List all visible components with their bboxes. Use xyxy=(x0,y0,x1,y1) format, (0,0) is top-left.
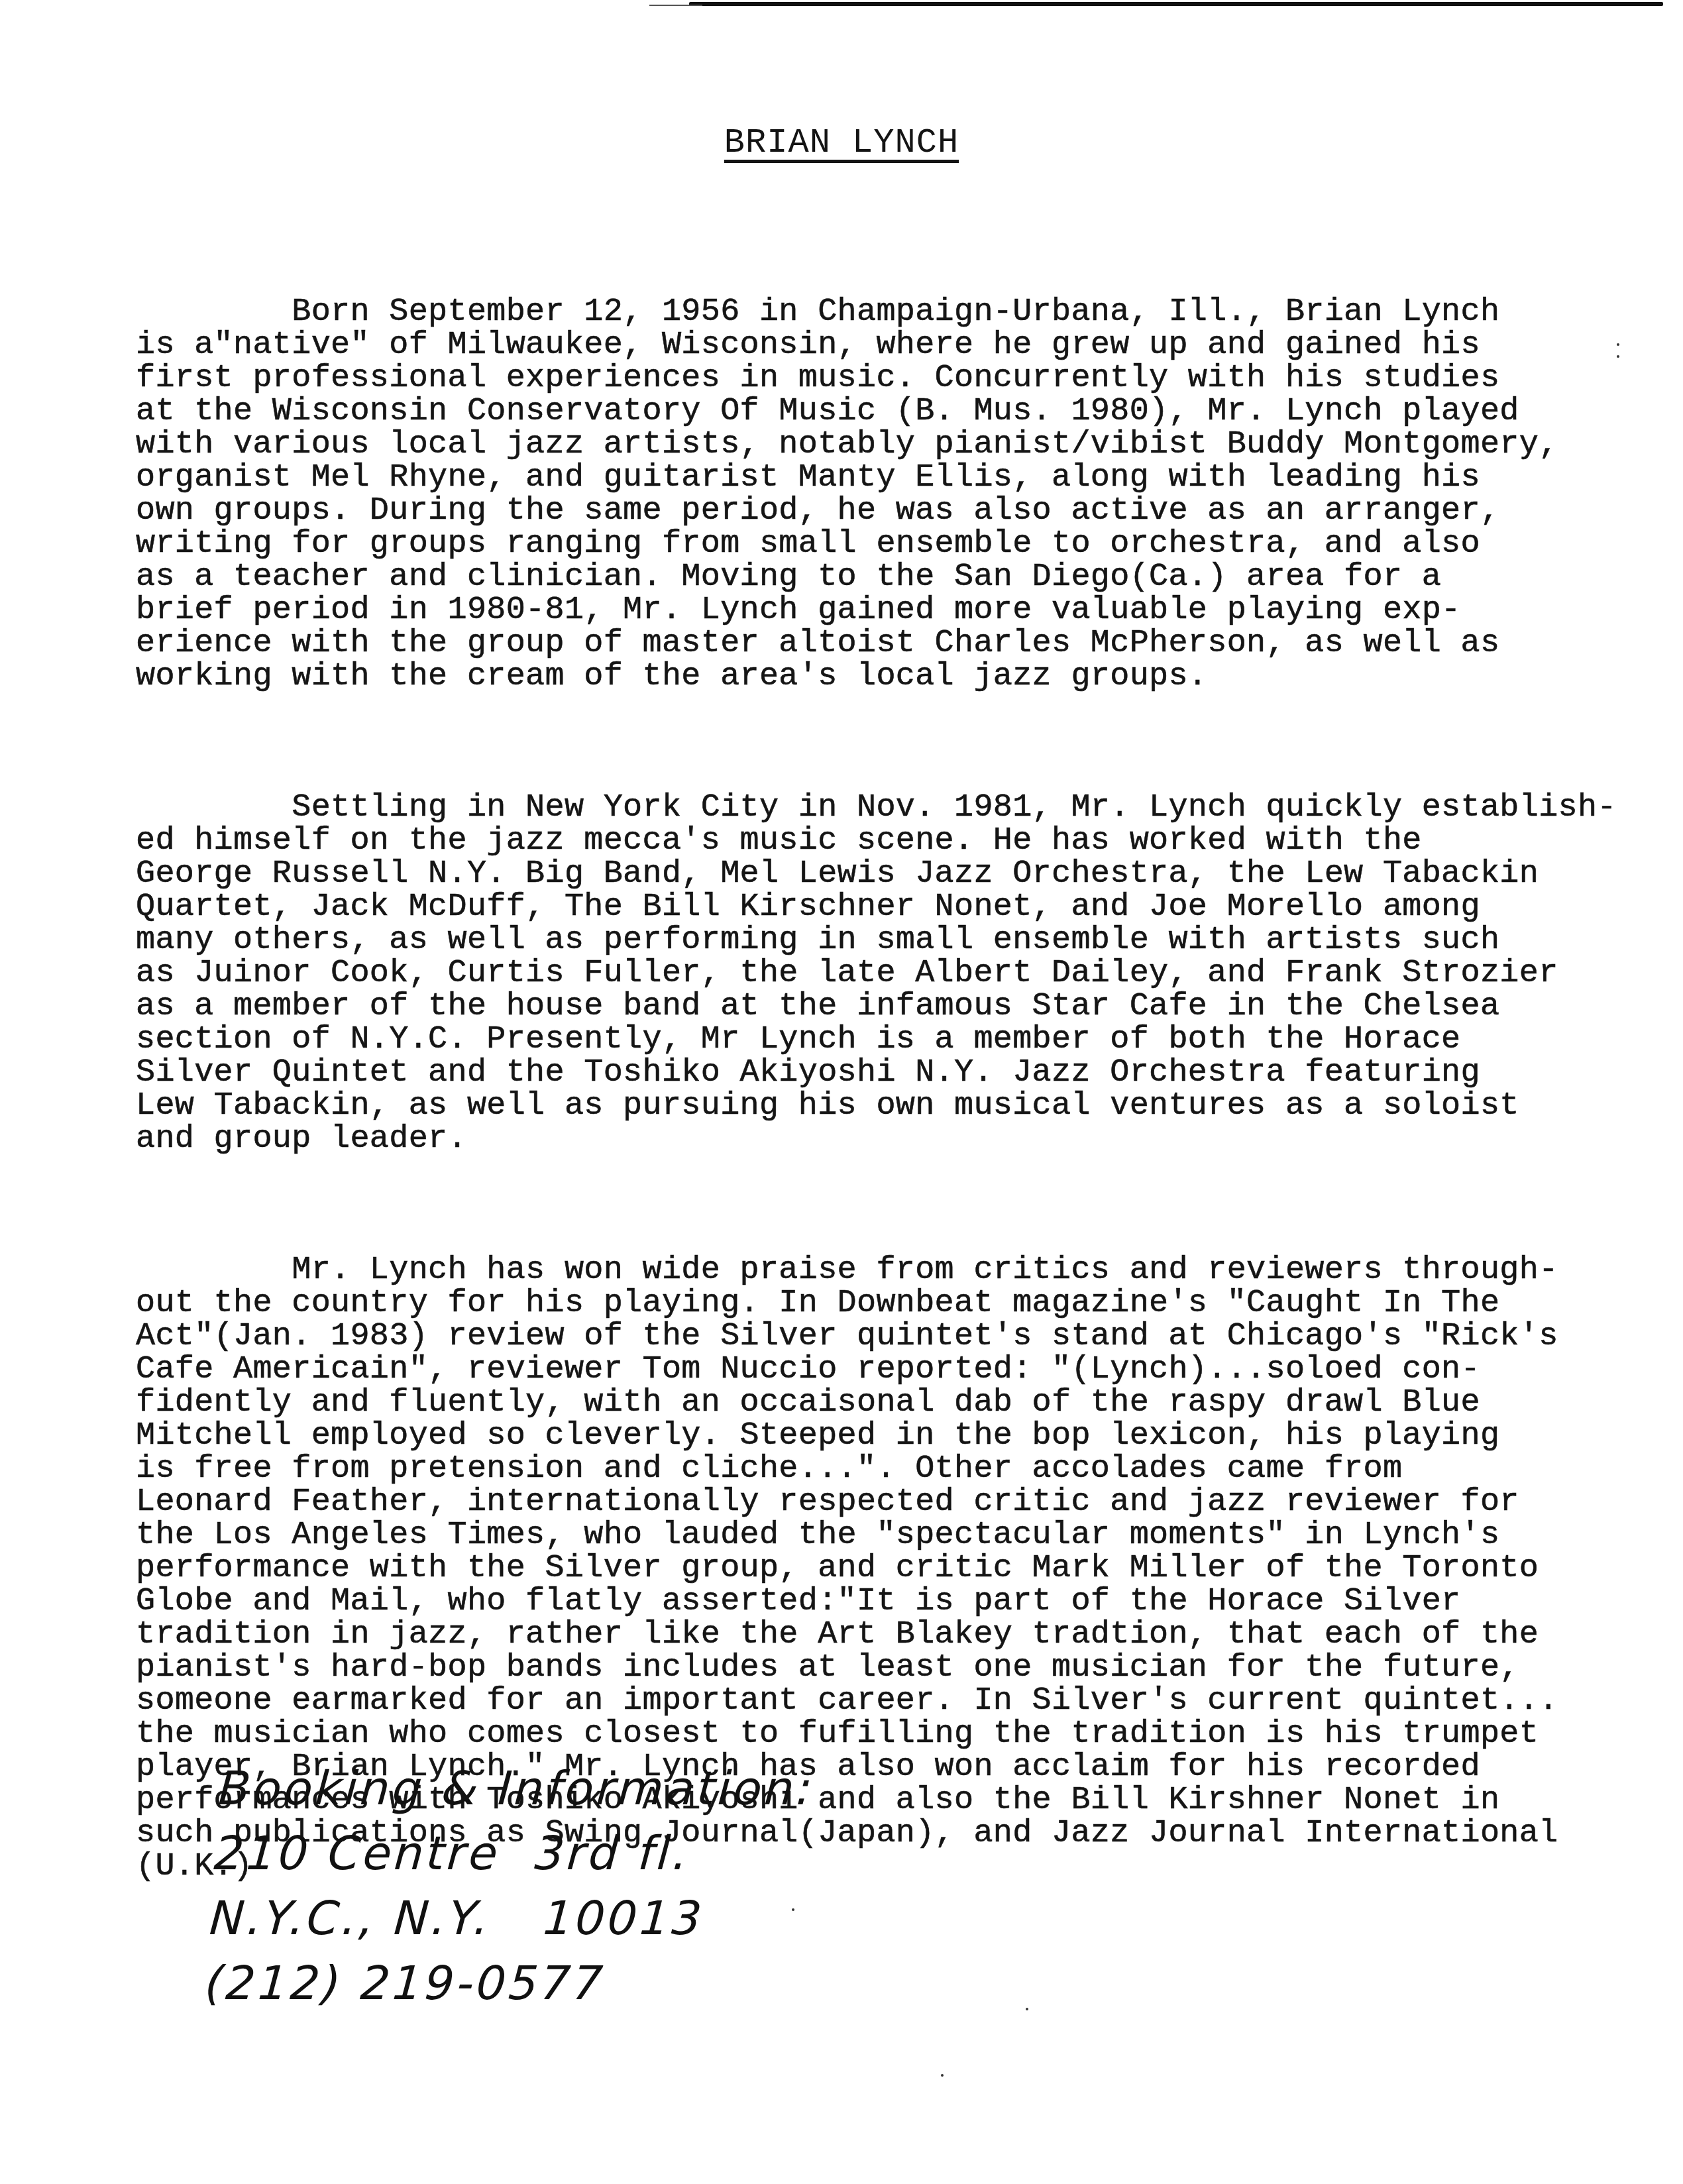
text-line: Quartet, Jack McDuff, The Bill Kirschner… xyxy=(136,891,1660,924)
text-line: erience with the group of master altoist… xyxy=(136,627,1660,660)
text-line: performance with the Silver group, and c… xyxy=(136,1552,1660,1585)
text-line: George Russell N.Y. Big Band, Mel Lewis … xyxy=(136,857,1660,891)
text-line: Mitchell employed so cleverly. Steeped i… xyxy=(136,1419,1660,1452)
text-line: is a"native" of Milwaukee, Wisconsin, wh… xyxy=(136,329,1660,362)
document-page: BRIAN LYNCH Born September 12, 1956 in C… xyxy=(0,0,1683,2184)
text-line: tradition in jazz, rather like the Art B… xyxy=(136,1618,1660,1651)
text-line: as a member of the house band at the inf… xyxy=(136,990,1660,1023)
contact-heading: Booking & Information: xyxy=(217,1756,817,1821)
text-line: Born September 12, 1956 in Champaign-Urb… xyxy=(136,296,1660,329)
text-line: organist Mel Rhyne, and guitarist Manty … xyxy=(136,461,1660,494)
text-line: Silver Quintet and the Toshiko Akiyoshi … xyxy=(136,1056,1660,1089)
text-line: first professional experiences in music.… xyxy=(136,362,1660,395)
text-line: Settling in New York City in Nov. 1981, … xyxy=(136,791,1660,824)
scan-speck xyxy=(1617,355,1619,358)
biography-body: Born September 12, 1956 in Champaign-Urb… xyxy=(136,229,1660,1981)
paragraph-early-career: Born September 12, 1956 in Champaign-Urb… xyxy=(136,296,1660,693)
scan-edge-line xyxy=(689,2,1663,6)
text-line: the Los Angeles Times, who lauded the "s… xyxy=(136,1519,1660,1552)
text-line: someone earmarked for an important caree… xyxy=(136,1684,1660,1718)
document-title: BRIAN LYNCH xyxy=(0,123,1683,163)
contact-address-line2: N.Y.C., N.Y. 10013 xyxy=(207,1886,808,1951)
text-line: Act"(Jan. 1983) review of the Silver qui… xyxy=(136,1320,1660,1353)
scan-speck xyxy=(1617,343,1619,346)
scan-speck xyxy=(792,1908,794,1911)
text-line: Lew Tabackin, as well as pursuing his ow… xyxy=(136,1089,1660,1122)
text-line: and group leader. xyxy=(136,1122,1660,1156)
title-text: BRIAN LYNCH xyxy=(724,123,959,162)
contact-phone: (212) 219-0577 xyxy=(203,1951,803,2016)
scan-edge-line-fragment xyxy=(649,5,702,6)
text-line: pianist's hard-bop bands includes at lea… xyxy=(136,1651,1660,1684)
text-line: Mr. Lynch has won wide praise from criti… xyxy=(136,1254,1660,1287)
text-line: is free from pretension and cliche...". … xyxy=(136,1452,1660,1486)
handwritten-contact-block: Booking & Information: 210 Centre 3rd fl… xyxy=(203,1756,817,2016)
text-line: section of N.Y.C. Presently, Mr Lynch is… xyxy=(136,1023,1660,1056)
text-line: Leonard Feather, internationally respect… xyxy=(136,1486,1660,1519)
paragraph-new-york: Settling in New York City in Nov. 1981, … xyxy=(136,791,1660,1156)
text-line: out the country for his playing. In Down… xyxy=(136,1287,1660,1320)
text-line: Globe and Mail, who flatly asserted:"It … xyxy=(136,1585,1660,1618)
text-line: with various local jazz artists, notably… xyxy=(136,428,1660,461)
text-line: writing for groups ranging from small en… xyxy=(136,527,1660,561)
text-line: own groups. During the same period, he w… xyxy=(136,494,1660,527)
text-line: Cafe Americain", reviewer Tom Nuccio rep… xyxy=(136,1353,1660,1386)
contact-address-line1: 210 Centre 3rd fl. xyxy=(212,1821,812,1886)
text-line: brief period in 1980-81, Mr. Lynch gaine… xyxy=(136,594,1660,627)
scan-speck xyxy=(1026,2008,1028,2010)
text-line: as Juinor Cook, Curtis Fuller, the late … xyxy=(136,957,1660,990)
scan-speck xyxy=(941,2074,944,2077)
text-line: fidently and fluently, with an occaisona… xyxy=(136,1386,1660,1419)
text-line: working with the cream of the area's loc… xyxy=(136,660,1660,693)
text-line: the musician who comes closest to fufill… xyxy=(136,1718,1660,1751)
text-line: many others, as well as performing in sm… xyxy=(136,924,1660,957)
text-line: as a teacher and clinician. Moving to th… xyxy=(136,561,1660,594)
text-line: at the Wisconsin Conservatory Of Music (… xyxy=(136,395,1660,428)
text-line: ed himself on the jazz mecca's music sce… xyxy=(136,824,1660,857)
